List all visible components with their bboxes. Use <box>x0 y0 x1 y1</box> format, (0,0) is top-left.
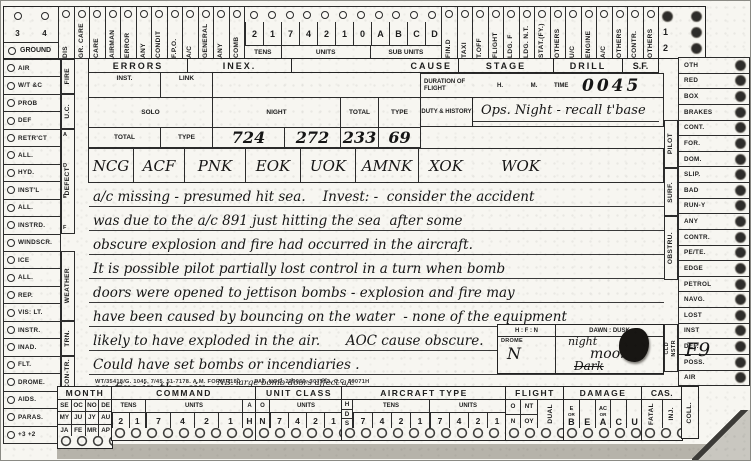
category-label: DEF <box>18 117 32 124</box>
punch-circle <box>7 431 15 439</box>
top-column: FLIGHT <box>488 6 505 59</box>
top-left-box: 34 GROUND <box>3 6 59 59</box>
top-column: OTHERS <box>643 6 660 59</box>
solo-total-value: 724 <box>212 127 285 148</box>
edge-punch-dot <box>736 342 745 351</box>
digit-label: 4 <box>42 29 46 38</box>
bottom-punch-sections: MONTH SE MY JA OC JU FE <box>59 386 699 449</box>
punch-circle <box>7 239 15 247</box>
edge-punch-dot <box>736 280 745 289</box>
duty-history-value: Ops. Night - recall t'base <box>473 100 659 122</box>
punch-circle <box>492 10 500 18</box>
month-column: OC JU FE <box>72 400 86 436</box>
punch-circle <box>7 326 15 334</box>
form-imprint: WT/35418/G. 1045, 7/45. 51-7178. A.M. FO… <box>95 379 670 385</box>
category-label: LOST <box>684 312 702 319</box>
category-label: DOM. <box>684 156 702 163</box>
punch-circle <box>124 10 132 18</box>
top-column: F.P.O. <box>167 6 184 59</box>
category-row: LOST <box>678 307 750 324</box>
column-label: COMB <box>234 20 241 58</box>
units-digit: 0 <box>353 22 371 45</box>
edge-punch-dot <box>736 295 745 304</box>
total-subheader: TOTAL <box>88 127 161 148</box>
category-label: FLT. <box>18 361 31 368</box>
category-label: INSTRD. <box>18 222 45 229</box>
duration-label: DURATION OF FLIGHT <box>421 74 483 97</box>
tens-label: TENS <box>245 46 281 58</box>
category-label: PROB <box>18 100 37 107</box>
punch-circle <box>7 169 15 177</box>
category-label: AIDS. <box>18 396 36 403</box>
punch-circle <box>8 47 16 55</box>
minutes-label: M. <box>517 74 551 97</box>
category-label: INAD. <box>18 344 37 351</box>
punch-row <box>256 428 342 440</box>
command-section: COMMAND TENS 21 UNITS 7421 A H <box>111 386 257 441</box>
fatal-label: FATAL <box>649 403 656 425</box>
ground-label: GROUND <box>20 47 51 54</box>
column-label: T.OFF <box>477 20 484 58</box>
duration-row: DURATION OF FLIGHT H. M. TIME 0045 <box>420 73 664 98</box>
category-label: SLIP. <box>684 171 700 178</box>
column-label: FIN.D <box>446 20 453 58</box>
column-label: F.P.O. <box>172 20 179 58</box>
column-label: OTHERS <box>617 20 624 58</box>
edge-punch-dot <box>692 28 701 37</box>
category-row: FOR. <box>678 135 750 152</box>
top-right-box: 1 2 <box>658 6 706 59</box>
hours-label: H. <box>483 74 517 97</box>
column-label: LDG. N.T. <box>524 20 531 58</box>
dark-value-struck: Dark <box>574 359 604 373</box>
category-row: PROB <box>3 94 61 112</box>
damage-column: U <box>627 400 642 428</box>
inj-label: INJ. <box>669 407 676 421</box>
top-column: ERROR <box>120 6 137 59</box>
punch-circle <box>93 10 101 18</box>
punch-circle <box>631 10 639 18</box>
column-label: A/C <box>601 20 608 58</box>
punch-circle <box>14 12 22 20</box>
category-label: +3 +2 <box>18 431 36 438</box>
column-label: ANY <box>218 20 225 58</box>
category-label: BAD <box>684 187 699 194</box>
category-label: OTH <box>684 62 698 69</box>
handwriting-line: obscure explosion and fire had occurred … <box>89 231 664 255</box>
subunits-letter: C <box>407 22 425 45</box>
column-label: CONTR. <box>632 20 639 58</box>
category-row: AIR <box>678 370 750 387</box>
units-digit: 7 <box>281 22 299 45</box>
group-defect: ADEF DEFECT <box>61 129 75 234</box>
handwriting-line: doors were opened to jettison bombs - ex… <box>89 279 664 303</box>
group-cld-nstr: CLD NSTR <box>664 324 678 372</box>
category-label: VIS: LT. <box>18 309 43 316</box>
sf-header: S.F. <box>622 58 659 73</box>
punch-row <box>506 428 564 440</box>
category-label: REP. <box>18 292 33 299</box>
punch-circle <box>233 10 241 18</box>
column-label: A/C <box>187 20 194 58</box>
column-label: OTHERS <box>555 20 562 58</box>
category-row: AIDS. <box>3 391 61 409</box>
group-uc: U.C. <box>61 94 75 129</box>
punch-circle <box>7 82 15 90</box>
category-row: PETROL <box>678 276 750 293</box>
punch-circle <box>7 291 15 299</box>
command-units-digit: 4 <box>170 413 194 428</box>
top-column: U/C <box>565 6 582 59</box>
column-label: FLIGHT <box>493 20 500 58</box>
category-row: RUN-Y <box>678 198 750 215</box>
digit-label: 3 <box>15 29 19 38</box>
top-column: A/C <box>182 6 199 59</box>
punch-row <box>112 428 256 440</box>
punch-circle <box>7 343 15 351</box>
casualties-section: CAS. FATAL INJ. <box>641 386 683 441</box>
imprint-right: PAT. NOS. 229069, 307503. C.C. 89071H <box>254 379 369 385</box>
command-tens-digit: 1 <box>129 413 146 428</box>
link-header: LINK <box>160 72 213 98</box>
cause-code-row: NCG ACF PNK EOK UOK AMNK XOK WOK <box>89 149 664 183</box>
top-column: COMB <box>229 6 246 59</box>
type-subheader: TYPE <box>378 97 421 128</box>
edge-punch-dot <box>736 358 745 367</box>
category-row: INSTRD. <box>3 216 61 234</box>
category-row: REP. <box>3 286 61 304</box>
main-record-area: ERRORS INEX. CAUSE STAGE DRILL S.F. SOLO… <box>89 58 664 384</box>
punch-circle <box>569 10 577 18</box>
category-row: BRAKES <box>678 104 750 121</box>
category-row: ICE <box>3 251 61 269</box>
punch-circle <box>7 186 15 194</box>
top-column: T.OFF <box>472 6 489 59</box>
time-label: TIME <box>551 74 579 97</box>
category-row: RETR'CT <box>3 129 61 147</box>
code-cell: UOK <box>300 148 356 183</box>
column-label: DIS <box>63 20 70 58</box>
column-dis: DIS <box>58 6 75 59</box>
category-label: HYD. <box>18 169 34 176</box>
top-punch-header: 34 GROUND DIS GR. CARE CARE <box>3 6 750 59</box>
punch-circle <box>7 134 15 142</box>
punch-circle <box>7 204 15 212</box>
top-column: ANY <box>213 6 230 59</box>
punch-circle <box>7 151 15 159</box>
punch-circle <box>186 10 194 18</box>
punch-circle <box>600 10 608 18</box>
damage-column: C <box>611 400 627 428</box>
punch-circle <box>7 413 15 421</box>
cut-corner <box>692 410 750 460</box>
punch-circle <box>78 10 86 18</box>
punch-circle <box>171 10 179 18</box>
punch-circle <box>7 99 15 107</box>
edge-punch-dot <box>736 139 745 148</box>
column-label: LDG. F <box>508 20 515 58</box>
category-row: BAD <box>678 182 750 199</box>
tens-digit: 2 <box>245 22 263 45</box>
top-column: GENERAL <box>198 6 215 59</box>
punch-circle <box>616 10 624 18</box>
category-row: ANY <box>678 213 750 230</box>
punch-circle <box>7 256 15 264</box>
unit-class-title: UNIT CLASS <box>256 387 342 400</box>
month-title: MONTH <box>58 387 112 400</box>
top-column: LDG. N.T. <box>519 6 536 59</box>
punch-circle <box>7 378 15 386</box>
category-label: RETR'CT <box>18 135 47 142</box>
column-label: ENGINE <box>586 20 593 58</box>
f9-annotation: F9 <box>685 339 710 361</box>
edge-punch-dot <box>736 170 745 179</box>
punch-circle <box>647 10 655 18</box>
units-label: UNITS <box>281 46 370 58</box>
top-column: LDG. F <box>503 6 520 59</box>
category-row: DOM. <box>678 151 750 168</box>
column-label: GR. CARE <box>79 20 86 58</box>
month-column: NO JY MR <box>86 400 100 436</box>
dual-label: DUAL <box>548 404 555 424</box>
command-title: COMMAND <box>112 387 256 400</box>
column-label: STAT.(FY.) <box>539 20 546 58</box>
punch-circle <box>140 10 148 18</box>
category-label: FOR. <box>684 140 700 147</box>
edge-punch-dot <box>736 311 745 320</box>
category-label: ICE <box>18 257 29 264</box>
drome-cell: DROME N <box>498 337 556 373</box>
edge-punch-dot <box>736 155 745 164</box>
column-label: ANY <box>141 20 148 58</box>
top-column: AIRMAN <box>105 6 122 59</box>
row-number: 2 <box>663 43 668 53</box>
top-column: CARE <box>89 6 106 59</box>
section-header-row: ERRORS INEX. CAUSE STAGE DRILL S.F. <box>89 58 664 73</box>
edge-punch-dot <box>736 186 745 195</box>
top-column: OTHERS <box>550 6 567 59</box>
units-digit: 1 <box>335 22 353 45</box>
code-cell: AMNK <box>355 148 419 183</box>
edge-punch-dot <box>736 217 745 226</box>
drill-header: DRILL <box>553 58 623 73</box>
category-label: INST <box>684 327 700 334</box>
command-units-digit: 7 <box>146 413 170 428</box>
edge-punch-dot <box>736 201 745 210</box>
top-column: A/C <box>596 6 613 59</box>
column-label: GENERAL <box>203 20 210 58</box>
category-label: DROME. <box>18 379 45 386</box>
punch-circle <box>476 10 484 18</box>
total-subheader: TOTAL <box>340 97 379 128</box>
punch-circle <box>538 10 546 18</box>
top-column: CONDIT <box>151 6 168 59</box>
punch-row <box>342 428 506 440</box>
month-section: MONTH SE MY JA OC JU FE <box>57 386 113 449</box>
handwriting-line: It is possible pilot partially lost cont… <box>89 255 664 279</box>
category-row: INST <box>678 323 750 340</box>
month-column: SE MY JA <box>58 400 72 436</box>
category-label: INST'L <box>18 187 40 194</box>
damage-column: E OR B <box>564 400 580 428</box>
edge-punch-dot <box>736 61 745 70</box>
column-label: ERROR <box>125 20 132 58</box>
subunits-letter: A <box>371 22 389 45</box>
units-digit: 2 <box>317 22 335 45</box>
punch-circle <box>7 361 15 369</box>
category-row: ALL. <box>3 199 61 217</box>
category-row: ALL. <box>3 268 61 286</box>
punch-circle <box>62 10 70 18</box>
stage-header: STAGE <box>458 58 554 73</box>
code-cell: PNK <box>184 148 246 183</box>
unit-class-digit: 4 <box>288 413 306 428</box>
category-row: +3 +2 <box>3 426 61 444</box>
aircraft-tens-digit: 7 <box>353 413 372 428</box>
unit-class-digit: 7 <box>270 413 288 428</box>
top-column: FIN.D <box>441 6 458 59</box>
punch-circle <box>523 10 531 18</box>
punch-row <box>58 436 112 448</box>
unit-class-digit: 2 <box>306 413 324 428</box>
punch-row <box>642 428 682 440</box>
category-label: AIR <box>18 65 30 72</box>
punch-circle <box>554 10 562 18</box>
punch-circle <box>202 10 210 18</box>
group-weather: WEATHER <box>61 251 75 321</box>
punch-circle <box>461 10 469 18</box>
damage-title: DAMAGE <box>564 387 642 400</box>
category-row: INAD. <box>3 338 61 356</box>
edge-punch-dot <box>736 326 745 335</box>
top-column: GR. CARE <box>74 6 91 59</box>
code-cell: XOK WOK <box>418 148 664 183</box>
category-row: DEF <box>3 111 61 129</box>
category-label: ALL. <box>18 152 33 159</box>
category-row: INSTR. <box>3 321 61 339</box>
group-obstru: OBSTRU. <box>664 216 678 280</box>
category-row: PARAS. <box>3 408 61 426</box>
top-columns-b: FIN.D TAXI T.OFF FLIGHT <box>442 6 659 59</box>
category-label: RED <box>684 77 698 84</box>
category-label: PE/TE. <box>684 249 706 256</box>
category-row: OTH <box>678 57 750 74</box>
inex-header: INEX. <box>187 58 292 73</box>
time-value: 0045 <box>579 74 663 97</box>
category-label: ALL. <box>18 204 33 211</box>
command-tens-digit: 2 <box>112 413 129 428</box>
top-column: ENGINE <box>581 6 598 59</box>
code-cell: ACF <box>133 148 185 183</box>
top-column: STAT.(FY.) <box>534 6 551 59</box>
night-header: NIGHT <box>212 97 341 128</box>
damage-section: DAMAGE E OR B E AC <box>563 386 643 441</box>
edge-punch-dot <box>736 248 745 257</box>
subunits-letter: B <box>389 22 407 45</box>
accident-record-card: 34 GROUND DIS GR. CARE CARE <box>0 0 751 461</box>
punch-circle <box>7 221 15 229</box>
top-column: CONTR. <box>627 6 644 59</box>
unit-class-section: UNIT CLASS O N UNITS 7421 <box>255 386 343 441</box>
category-label: WINDSCR. <box>18 239 52 246</box>
punch-circle <box>507 10 515 18</box>
category-row: PE/TE. <box>678 245 750 262</box>
edge-punch-dot <box>736 233 745 242</box>
aircraft-units-digit: 4 <box>449 413 468 428</box>
category-row: ALL. <box>3 146 61 164</box>
flight-title: FLIGHT <box>506 387 564 400</box>
category-label: ANY <box>684 218 698 225</box>
ink-blot <box>619 328 649 362</box>
group-surf: SURF. <box>664 168 678 216</box>
solo-type-value: 272 <box>284 127 341 148</box>
punch-circle <box>7 64 15 72</box>
aircraft-tens-digit: 1 <box>410 413 429 428</box>
aircraft-tens-digit: 2 <box>391 413 410 428</box>
subunits-label: SUB UNITS <box>370 46 441 58</box>
punch-circle <box>155 10 163 18</box>
edge-punch-dot <box>663 12 672 21</box>
handwriting-line: a/c missing - presumed hit sea. Invest: … <box>89 183 664 207</box>
duty-history-row: DUTY & HISTORY Ops. Night - recall t'bas… <box>420 97 664 127</box>
flying-hours-table: SOLO NIGHT INST. LINK TOTAL TYPE TOTAL T… <box>89 73 421 149</box>
category-row: FLT. <box>3 356 61 374</box>
category-row: HYD. <box>3 164 61 182</box>
code-cell: EOK <box>245 148 301 183</box>
column-label: OTHERS <box>648 20 655 58</box>
category-label: AIR <box>684 374 696 381</box>
cas-title: CAS. <box>642 387 682 400</box>
category-label: W/T &C <box>18 82 42 89</box>
edge-punch-dot <box>736 264 745 273</box>
punch-circle-row <box>245 7 441 22</box>
category-label: NAVG. <box>684 296 705 303</box>
category-label: PETROL <box>684 281 711 288</box>
category-row: BOX <box>678 88 750 105</box>
column-label: U/C <box>570 20 577 58</box>
punch-circle <box>7 274 15 282</box>
category-row: EDGE <box>678 260 750 277</box>
category-label: BRAKES <box>684 109 712 116</box>
edge-punch-dot <box>736 92 745 101</box>
punch-circle <box>7 396 15 404</box>
cause-header: CAUSE <box>291 58 459 73</box>
edge-punch-dot <box>736 373 745 382</box>
aircraft-units-digit: 2 <box>468 413 487 428</box>
category-label: PARAS. <box>18 414 43 421</box>
flight-section: FLIGHT ON NTOY DUAL <box>505 386 565 441</box>
type-subheader: TYPE <box>160 127 213 148</box>
duty-history-label: DUTY & HISTORY <box>421 98 473 126</box>
imprint-left: WT/35418/G. 1045, 7/45. 51-7178. A.M. FO… <box>95 379 240 385</box>
edge-punch-dot <box>736 108 745 117</box>
right-category-sidebar: OTH RED BOX BRAKES <box>664 58 751 386</box>
punch-circle <box>217 10 225 18</box>
errors-header: ERRORS <box>88 58 188 73</box>
punch-row <box>564 428 642 440</box>
row-number: 1 <box>663 27 668 37</box>
night-total-value: 233 <box>340 127 379 148</box>
category-row: VIS: LT. <box>3 303 61 321</box>
punch-circle <box>445 10 453 18</box>
aircraft-tens-digit: 4 <box>372 413 391 428</box>
top-columns-a: GR. CARE CARE AIRMAN ERROR <box>75 6 246 59</box>
punch-circle <box>585 10 593 18</box>
category-label: CONTR. <box>684 234 710 241</box>
category-row: AIR <box>3 59 61 77</box>
damage-column: AC OR A <box>596 400 612 428</box>
punch-circle <box>109 10 117 18</box>
